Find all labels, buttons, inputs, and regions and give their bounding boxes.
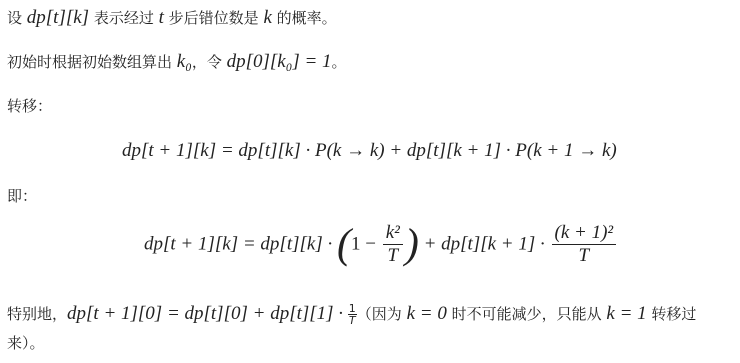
text: 步后错位数是 — [164, 9, 264, 27]
text: 的概率。 — [272, 9, 337, 27]
math-init: dp[0][k₀] = 1 — [227, 51, 332, 72]
text: ，令 — [192, 53, 227, 71]
math-k: k — [263, 7, 271, 28]
fraction-numerator: (k + 1)² — [552, 222, 617, 245]
text: 。 — [332, 53, 347, 71]
math-k0: k₀ — [177, 51, 192, 72]
math-one-minus: 1 − — [351, 234, 381, 255]
fraction-denominator: T — [387, 245, 398, 267]
equation-expanded: dp[t + 1][k] = dp[t][k] · (1 − k²T) + dp… — [144, 222, 618, 267]
paren-open: ( — [337, 222, 351, 268]
paragraph-transition-label: 转移： — [7, 96, 52, 116]
math-mid: + dp[t][k + 1] · — [419, 234, 550, 255]
math-k-eq-1: k = 1 — [606, 303, 646, 324]
text: 设 — [7, 9, 27, 27]
text: （因为 — [357, 305, 407, 323]
equation-transition: dp[t + 1][k] = dp[t][k] · P(k → k) + dp[… — [122, 140, 617, 162]
text: 初始时根据初始数组算出 — [7, 53, 177, 71]
paragraph-ie-label: 即： — [7, 186, 37, 206]
fraction-denominator: T — [579, 245, 590, 267]
paragraph-special-case-cont: 来）。 — [7, 333, 45, 353]
paragraph-initial: 初始时根据初始数组算出 k₀，令 dp[0][k₀] = 1。 — [7, 52, 347, 72]
fraction-denominator: T — [349, 315, 356, 326]
text: 特别地， — [7, 305, 67, 323]
math-special: dp[t + 1][0] = dp[t][0] + dp[t][1] · — [67, 303, 348, 324]
math-lhs: dp[t + 1][k] = dp[t][k] · — [144, 234, 337, 255]
text: 时不可能减少，只能从 — [447, 305, 607, 323]
paren-close: ) — [405, 222, 419, 268]
fraction-k2-over-T: k²T — [383, 222, 403, 267]
math-k-eq-0: k = 0 — [407, 303, 447, 324]
paragraph-definition: 设 dp[t][k] 表示经过 t 步后错位数是 k 的概率。 — [7, 8, 337, 28]
fraction-1-over-T: 1T — [348, 303, 357, 326]
paragraph-special-case: 特别地，dp[t + 1][0] = dp[t][0] + dp[t][1] ·… — [7, 303, 696, 326]
math-dp-tk: dp[t][k] — [27, 7, 89, 28]
fraction-numerator: k² — [383, 222, 403, 245]
text: 转移过 — [647, 305, 697, 323]
fraction-k1sq-over-T: (k + 1)²T — [552, 222, 617, 267]
text: 表示经过 — [89, 9, 159, 27]
